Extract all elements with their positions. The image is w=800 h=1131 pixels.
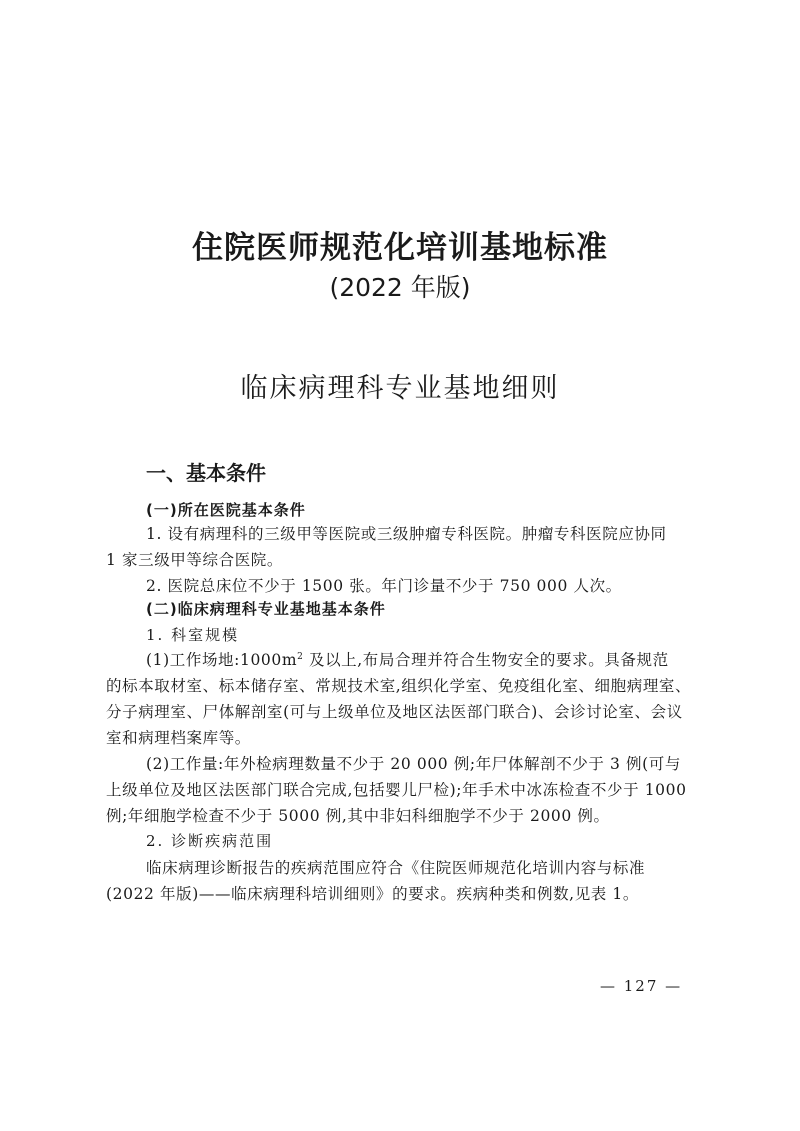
paragraph-line: (2)工作量:年外检病理数量不少于 20 000 例;年尸体解剖不少于 3 例(… <box>146 752 684 774</box>
paragraph-line: 分子病理室、尸体解剖室(可与上级单位及地区法医部门联合)、会诊讨论室、会议 <box>106 700 684 722</box>
paragraph-line: 1 家三级甲等综合医院。 <box>106 548 684 570</box>
paragraph-line: 例;年细胞学检查不少于 5000 例,其中非妇科细胞学不少于 2000 例。 <box>106 804 684 826</box>
document-edition: (2022 年版) <box>0 268 800 304</box>
page-number: — 127 — <box>600 977 682 995</box>
paragraph-line: 上级单位及地区法医部门联合完成,包括婴儿尸检);年手术中冰冻检查不少于 1000 <box>106 778 684 800</box>
paragraph-line: 室和病理档案库等。 <box>106 726 684 748</box>
point-heading-scale: 1. 科室规模 <box>146 624 239 645</box>
text-span: (1)工作场地:1000m <box>146 651 297 669</box>
paragraph-line: (2022 年版)——临床病理科培训细则》的要求。疾病种类和例数,见表 1。 <box>106 882 684 904</box>
document-title: 住院医师规范化培训基地标准 <box>0 222 800 267</box>
document-subtitle: 临床病理科专业基地细则 <box>0 366 800 405</box>
paragraph-line: 1. 设有病理科的三级甲等医院或三级肿瘤专科医院。肿瘤专科医院应协同 <box>146 522 684 544</box>
point-heading-diagnosis-scope: 2. 诊断疾病范围 <box>146 830 273 851</box>
subsection-heading-hospital: (一)所在医院基本条件 <box>146 499 306 520</box>
section-heading-basic-conditions: 一、基本条件 <box>146 457 266 486</box>
paragraph-line: 2. 医院总床位不少于 1500 张。年门诊量不少于 750 000 人次。 <box>146 574 684 596</box>
paragraph-line: (1)工作场地:1000m2 及以上,布局合理并符合生物安全的要求。具备规范 <box>146 648 684 670</box>
paragraph-line: 临床病理诊断报告的疾病范围应符合《住院医师规范化培训内容与标准 <box>146 856 684 878</box>
subsection-heading-department: (二)临床病理科专业基地基本条件 <box>146 598 386 619</box>
text-span: 及以上,布局合理并符合生物安全的要求。具备规范 <box>303 651 668 669</box>
document-page: 住院医师规范化培训基地标准 (2022 年版) 临床病理科专业基地细则 一、基本… <box>0 0 800 1131</box>
paragraph-line: 的标本取材室、标本储存室、常规技术室,组织化学室、免疫组化室、细胞病理室、 <box>106 674 684 696</box>
